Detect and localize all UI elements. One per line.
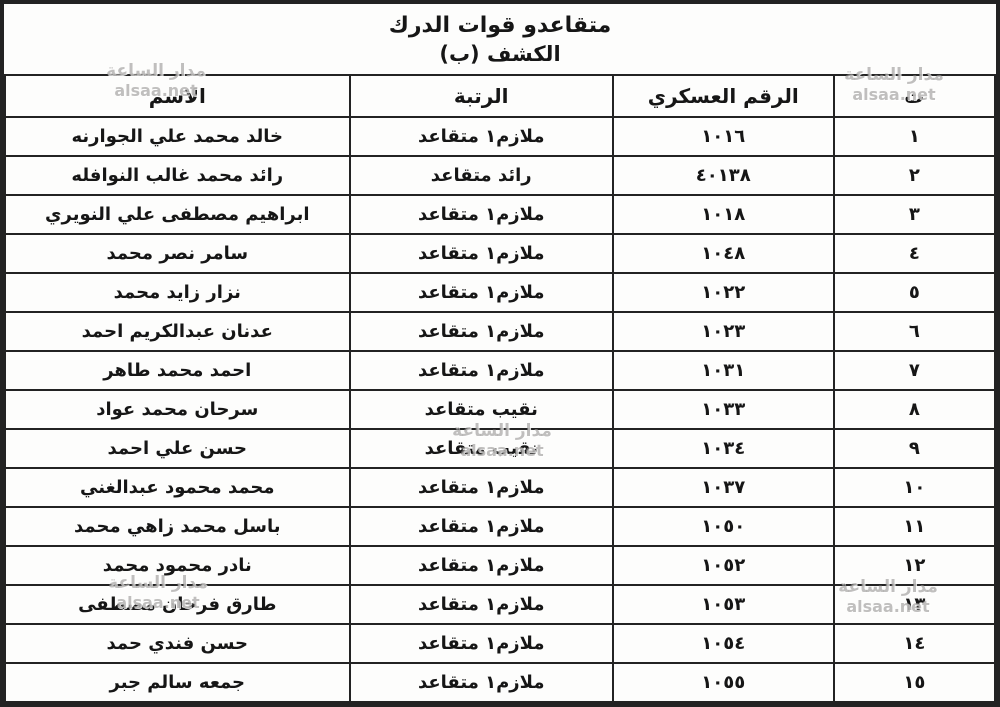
military-number-cell: ١٠٥٥ [613, 663, 834, 702]
table-row: ٣ ١٠١٨ ملازم١ متقاعد ابراهيم مصطفى علي ا… [5, 195, 995, 234]
military-number-cell: ٤٠١٣٨ [613, 156, 834, 195]
rank-cell: ملازم١ متقاعد [350, 507, 613, 546]
name-cell: نزار زايد محمد [5, 273, 350, 312]
military-number-cell: ١٠١٨ [613, 195, 834, 234]
document-title-block: متقاعدو قوات الدرك الكشف (ب) [4, 4, 996, 74]
name-cell: احمد محمد طاهر [5, 351, 350, 390]
rank-cell: نقيب متقاعد [350, 429, 613, 468]
table-row: ٩ ١٠٣٤ نقيب متقاعد حسن علي احمد [5, 429, 995, 468]
name-cell: محمد محمود عبدالغني [5, 468, 350, 507]
document-table-frame: متقاعدو قوات الدرك الكشف (ب) ت الرقم الع… [0, 0, 1000, 707]
table-row: ١٤ ١٠٥٤ ملازم١ متقاعد حسن فندي حمد [5, 624, 995, 663]
military-number-cell: ١٠٥٢ [613, 546, 834, 585]
military-number-cell: ١٠١٦ [613, 117, 834, 156]
document-subtitle: الكشف (ب) [439, 42, 560, 66]
name-cell: جمعه سالم جبر [5, 663, 350, 702]
rank-cell: ملازم١ متقاعد [350, 546, 613, 585]
retirees-table: ت الرقم العسكري الرتبة الاسم ١ ١٠١٦ ملاز… [4, 74, 996, 703]
table-header-row: ت الرقم العسكري الرتبة الاسم [5, 75, 995, 117]
scanned-document-page: متقاعدو قوات الدرك الكشف (ب) ت الرقم الع… [0, 0, 1000, 707]
serial-cell: ٨ [834, 390, 995, 429]
name-cell: عدنان عبدالكريم احمد [5, 312, 350, 351]
name-cell: سرحان محمد عواد [5, 390, 350, 429]
rank-cell: رائد متقاعد [350, 156, 613, 195]
serial-cell: ٣ [834, 195, 995, 234]
name-cell: باسل محمد زاهي محمد [5, 507, 350, 546]
military-number-cell: ١٠٢٢ [613, 273, 834, 312]
serial-cell: ٩ [834, 429, 995, 468]
table-row: ٨ ١٠٣٣ نقيب متقاعد سرحان محمد عواد [5, 390, 995, 429]
serial-cell: ١٢ [834, 546, 995, 585]
serial-cell: ٦ [834, 312, 995, 351]
military-number-cell: ١٠٣٤ [613, 429, 834, 468]
table-row: ١٠ ١٠٣٧ ملازم١ متقاعد محمد محمود عبدالغن… [5, 468, 995, 507]
rank-cell: ملازم١ متقاعد [350, 273, 613, 312]
table-row: ٧ ١٠٣١ ملازم١ متقاعد احمد محمد طاهر [5, 351, 995, 390]
header-rank: الرتبة [350, 75, 613, 117]
rank-cell: ملازم١ متقاعد [350, 234, 613, 273]
name-cell: سامر نصر محمد [5, 234, 350, 273]
header-military-number: الرقم العسكري [613, 75, 834, 117]
table-row: ١٣ ١٠٥٣ ملازم١ متقاعد طارق فرحان مصطفى [5, 585, 995, 624]
document-title: متقاعدو قوات الدرك [389, 13, 612, 38]
serial-cell: ١٤ [834, 624, 995, 663]
table-row: ١١ ١٠٥٠ ملازم١ متقاعد باسل محمد زاهي محم… [5, 507, 995, 546]
rank-cell: ملازم١ متقاعد [350, 468, 613, 507]
serial-cell: ٧ [834, 351, 995, 390]
name-cell: حسن علي احمد [5, 429, 350, 468]
rank-cell: ملازم١ متقاعد [350, 195, 613, 234]
table-row: ١٢ ١٠٥٢ ملازم١ متقاعد نادر محمود محمد [5, 546, 995, 585]
header-name: الاسم [5, 75, 350, 117]
name-cell: حسن فندي حمد [5, 624, 350, 663]
name-cell: طارق فرحان مصطفى [5, 585, 350, 624]
rank-cell: ملازم١ متقاعد [350, 624, 613, 663]
military-number-cell: ١٠٢٣ [613, 312, 834, 351]
name-cell: خالد محمد علي الجوارنه [5, 117, 350, 156]
serial-cell: ١ [834, 117, 995, 156]
military-number-cell: ١٠٣١ [613, 351, 834, 390]
name-cell: رائد محمد غالب النوافله [5, 156, 350, 195]
table-row: ٦ ١٠٢٣ ملازم١ متقاعد عدنان عبدالكريم احم… [5, 312, 995, 351]
military-number-cell: ١٠٥٠ [613, 507, 834, 546]
name-cell: ابراهيم مصطفى علي النويري [5, 195, 350, 234]
rank-cell: ملازم١ متقاعد [350, 117, 613, 156]
table-row: ٥ ١٠٢٢ ملازم١ متقاعد نزار زايد محمد [5, 273, 995, 312]
table-row: ١ ١٠١٦ ملازم١ متقاعد خالد محمد علي الجوا… [5, 117, 995, 156]
serial-cell: ٤ [834, 234, 995, 273]
military-number-cell: ١٠٥٣ [613, 585, 834, 624]
table-row: ٤ ١٠٤٨ ملازم١ متقاعد سامر نصر محمد [5, 234, 995, 273]
rank-cell: ملازم١ متقاعد [350, 312, 613, 351]
serial-cell: ٢ [834, 156, 995, 195]
rank-cell: ملازم١ متقاعد [350, 351, 613, 390]
military-number-cell: ١٠٥٤ [613, 624, 834, 663]
rank-cell: ملازم١ متقاعد [350, 663, 613, 702]
name-cell: نادر محمود محمد [5, 546, 350, 585]
serial-cell: ١٠ [834, 468, 995, 507]
serial-cell: ١١ [834, 507, 995, 546]
table-row: ١٥ ١٠٥٥ ملازم١ متقاعد جمعه سالم جبر [5, 663, 995, 702]
serial-cell: ١٣ [834, 585, 995, 624]
header-serial: ت [834, 75, 995, 117]
military-number-cell: ١٠٣٣ [613, 390, 834, 429]
serial-cell: ١٥ [834, 663, 995, 702]
rank-cell: ملازم١ متقاعد [350, 585, 613, 624]
table-row: ٢ ٤٠١٣٨ رائد متقاعد رائد محمد غالب النوا… [5, 156, 995, 195]
serial-cell: ٥ [834, 273, 995, 312]
military-number-cell: ١٠٤٨ [613, 234, 834, 273]
military-number-cell: ١٠٣٧ [613, 468, 834, 507]
rank-cell: نقيب متقاعد [350, 390, 613, 429]
